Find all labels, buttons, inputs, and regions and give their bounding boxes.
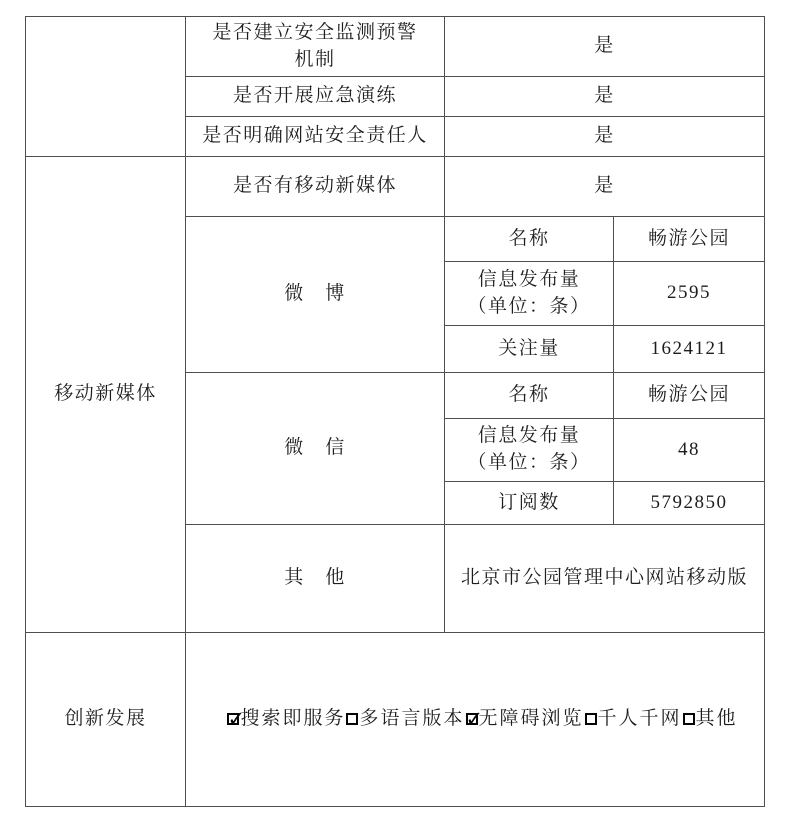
- has-mobile-media-value: 是: [445, 157, 765, 217]
- wechat-posts-value: 48: [614, 419, 765, 482]
- wechat-subscribers-value: 5792850: [614, 482, 765, 525]
- weibo-name-label: 名称: [445, 217, 614, 262]
- security-monitoring-value: 是: [445, 17, 765, 77]
- weibo-header: 微 博: [186, 217, 445, 373]
- weibo-posts-label: 信息发布量 （单位：条）: [445, 262, 614, 326]
- weibo-followers-value: 1624121: [614, 326, 765, 373]
- innovation-options-cell: 搜索即服务多语言版本无障碍浏览千人千网其他: [186, 633, 765, 807]
- checkbox-other[interactable]: [683, 713, 695, 725]
- table-row: 是否建立安全监测预警 机制 是: [26, 17, 765, 77]
- has-mobile-media-label: 是否有移动新媒体: [186, 157, 445, 217]
- checkbox-multilingual[interactable]: [346, 713, 358, 725]
- emergency-drill-label: 是否开展应急演练: [186, 77, 445, 117]
- wechat-name-label: 名称: [445, 373, 614, 419]
- other-media-label: 其 他: [186, 525, 445, 633]
- wechat-name-value: 畅游公园: [614, 373, 765, 419]
- other-media-value: 北京市公园管理中心网站移动版: [445, 525, 765, 633]
- security-responsible-value: 是: [445, 117, 765, 157]
- checkbox-label-accessibility: 无障碍浏览: [479, 708, 584, 729]
- emergency-drill-value: 是: [445, 77, 765, 117]
- security-responsible-label: 是否明确网站安全责任人: [186, 117, 445, 157]
- checkbox-label-search-as-service: 搜索即服务: [240, 708, 345, 729]
- checkbox-personalization[interactable]: [585, 713, 597, 725]
- table-row: 创新发展 搜索即服务多语言版本无障碍浏览千人千网其他: [26, 633, 765, 807]
- report-page: 是否建立安全监测预警 机制 是 是否开展应急演练 是 是否明确网站安全责任人 是…: [0, 0, 800, 836]
- table-row: 移动新媒体 是否有移动新媒体 是: [26, 157, 765, 217]
- innovation-section-header: 创新发展: [26, 633, 186, 807]
- wechat-header: 微 信: [186, 373, 445, 525]
- wechat-posts-label: 信息发布量 （单位：条）: [445, 419, 614, 482]
- checkbox-accessibility[interactable]: [466, 713, 478, 725]
- checkbox-label-personalization: 千人千网: [598, 708, 682, 729]
- checkbox-label-multilingual: 多语言版本: [359, 708, 464, 729]
- weibo-posts-value: 2595: [614, 262, 765, 326]
- checkbox-label-other: 其他: [696, 708, 738, 729]
- wechat-subscribers-label: 订阅数: [445, 482, 614, 525]
- annual-report-table: 是否建立安全监测预警 机制 是 是否开展应急演练 是 是否明确网站安全责任人 是…: [25, 16, 765, 807]
- mobile-media-section-header: 移动新媒体: [26, 157, 186, 633]
- section-header-empty-cell: [26, 17, 186, 157]
- weibo-name-value: 畅游公园: [614, 217, 765, 262]
- security-monitoring-label: 是否建立安全监测预警 机制: [186, 17, 445, 77]
- checkbox-search-as-service[interactable]: [227, 713, 239, 725]
- weibo-followers-label: 关注量: [445, 326, 614, 373]
